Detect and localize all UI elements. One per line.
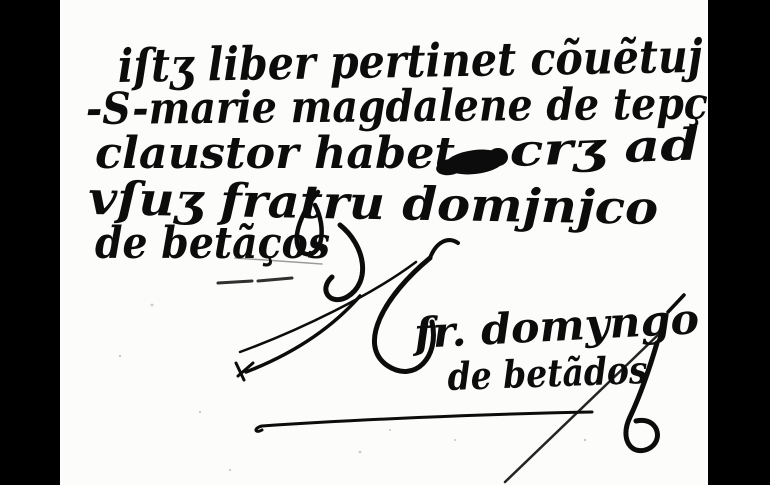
letterbox-right (708, 0, 770, 485)
manuscript-photo: iſtʒ liber pertinet cõuẽtuj -S-marie mag… (0, 0, 770, 485)
inscription-line-3-right: crʒ ad (509, 119, 701, 177)
manuscript-page: iſtʒ liber pertinet cõuẽtuj -S-marie mag… (60, 0, 708, 485)
letterbox-left (0, 0, 60, 485)
betancos-tail-flourish (326, 225, 363, 300)
manuscript-artwork: iſtʒ liber pertinet cõuẽtuj -S-marie mag… (60, 0, 708, 485)
signature-lead-upper-hook (430, 240, 458, 258)
signature-underline (256, 412, 592, 431)
crossing-sweep-stroke (240, 262, 416, 352)
inscription-line-5: de betãços (95, 218, 330, 269)
dash-flourish (218, 278, 292, 283)
